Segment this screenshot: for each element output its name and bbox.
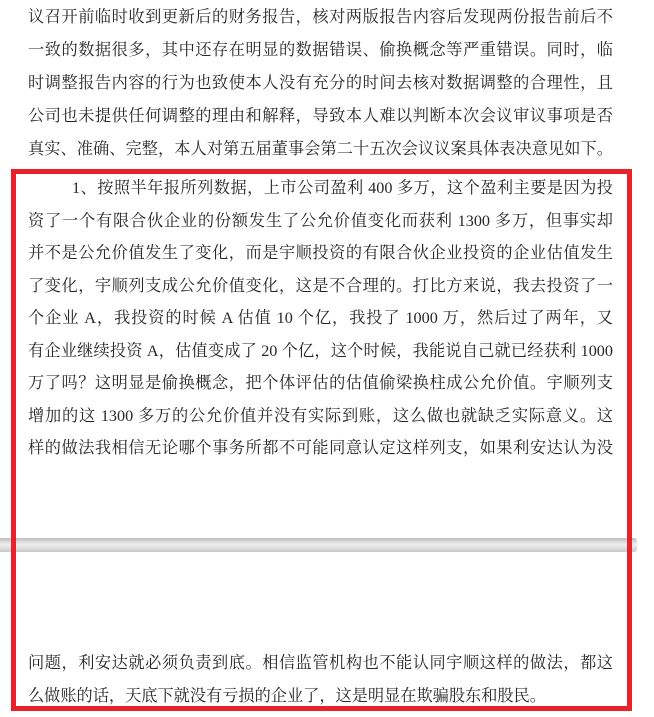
argument-paragraph-page2: 问题，利安达就必须负责到底。相信监管机构也不能认同宇顺这样的做法，都这么做账的话… <box>28 647 613 713</box>
text-line: 增加的这 1300 多万的公允价值并没有实际到账，这么做也就缺乏实际意义。这 <box>28 400 613 433</box>
text-line: 么做账的话，天底下就没有亏损的企业了，这是明显在欺骗股东和股民。 <box>28 680 613 713</box>
text-line: 1、按照半年报所列数据，上市公司盈利 400 多万，这个盈利主要是因为投 <box>28 172 613 205</box>
argument-paragraph-page1: 1、按照半年报所列数据，上市公司盈利 400 多万，这个盈利主要是因为投资了一个… <box>28 172 613 465</box>
text-line: 有企业继续投资 A，估值变成了 20 个亿，这个时候，我能说自己就已经获利 10… <box>28 335 613 368</box>
text-line: 议召开前临时收到更新后的财务报告，核对两版报告内容后发现两份报告前后不 <box>28 1 613 34</box>
text-line: 并不是公允价值发生了变化，而是宇顺投资的有限合伙企业投资的企业估值发生 <box>28 237 613 270</box>
page-separator <box>0 538 637 552</box>
text-line: 时调整报告内容的行为也致使本人没有充分的时间去核对数据调整的合理性，且 <box>28 67 613 100</box>
text-line: 一致的数据很多，其中还存在明显的数据错误、偷换概念等严重错误。同时，临 <box>28 34 613 67</box>
intro-paragraph: 议召开前临时收到更新后的财务报告，核对两版报告内容后发现两份报告前后不一致的数据… <box>28 1 613 166</box>
text-line: 样的做法我相信无论哪个事务所都不可能同意认定这样列支，如果利安达认为没 <box>28 432 613 465</box>
text-line: 了变化，宇顺列支成公允价值变化，这是不合理的。打比方来说，我去投资了一 <box>28 270 613 303</box>
document-viewer[interactable]: 议召开前临时收到更新后的财务报告，核对两版报告内容后发现两份报告前后不一致的数据… <box>0 0 654 717</box>
document-page-2: 问题，利安达就必须负责到底。相信监管机构也不能认同宇顺这样的做法，都这么做账的话… <box>0 552 654 717</box>
text-line: 真实、准确、完整，本人对第五届董事会第二十五次会议议案具体表决意见如下。 <box>28 133 613 166</box>
text-line: 问题，利安达就必须负责到底。相信监管机构也不能认同宇顺这样的做法，都这 <box>28 647 613 680</box>
text-line: 资了一个有限合伙企业的份额发生了公允价值变化而获利 1300 多万，但事实却 <box>28 205 613 238</box>
text-line: 万了吗？这明显是偷换概念，把个体评估的估值偷梁换柱成公允价值。宇顺列支 <box>28 367 613 400</box>
document-page-1: 议召开前临时收到更新后的财务报告，核对两版报告内容后发现两份报告前后不一致的数据… <box>0 0 654 538</box>
text-line: 公司也未提供任何调整的理由和解释，导致本人难以判断本次会议审议事项是否 <box>28 100 613 133</box>
text-line: 个企业 A，我投资的时候 A 估值 10 个亿，我投了 1000 万，然后过了两… <box>28 302 613 335</box>
